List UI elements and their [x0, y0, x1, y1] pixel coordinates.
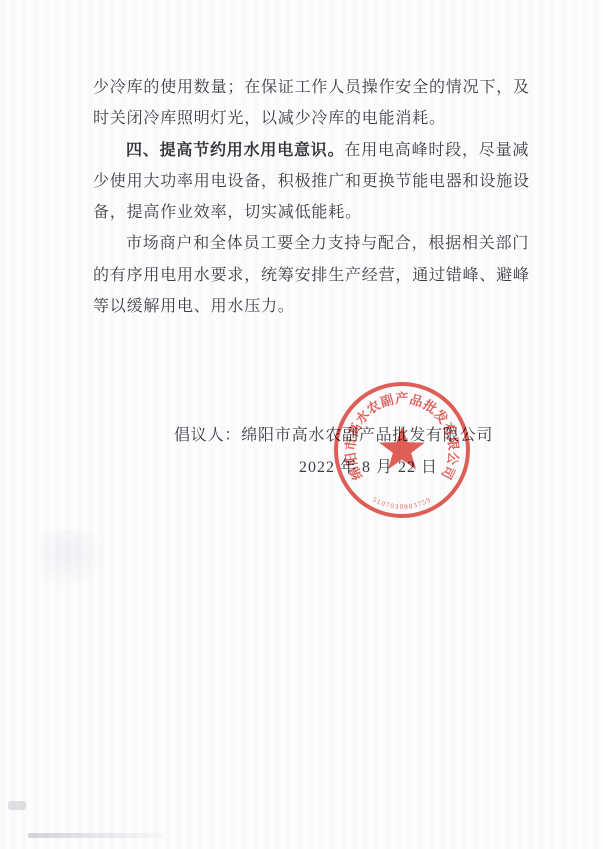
- company-seal-stamp: 绵阳市高水农副产品批发有限公司 5107030803759: [322, 370, 482, 530]
- seal-serial-number: 5107030803759: [371, 496, 433, 511]
- body-line: 少使用大功率用电设备，积极推广和更换节能电器和设施设: [93, 166, 553, 197]
- scan-artifact-streak: [28, 833, 163, 838]
- section-heading-bold: 四、提高节约用水用电意识。: [126, 142, 344, 159]
- section-heading-rest: 在用电高峰时段，尽量减: [344, 142, 529, 159]
- scanned-document-page: 少冷库的使用数量；在保证工作人员操作安全的情况下，及 时关闭冷库照明灯光，以减少…: [0, 0, 603, 849]
- body-line-section-heading: 四、提高节约用水用电意识。在用电高峰时段，尽量减: [93, 135, 553, 166]
- scan-artifact-speckle: [40, 530, 110, 590]
- document-body: 少冷库的使用数量；在保证工作人员操作安全的情况下，及 时关闭冷库照明灯光，以减少…: [93, 72, 553, 322]
- body-line: 少冷库的使用数量；在保证工作人员操作安全的情况下，及: [93, 72, 553, 103]
- body-line: 等以缓解用电、用水压力。: [93, 291, 553, 322]
- body-line: 备，提高作业效率，切实减低能耗。: [93, 197, 553, 228]
- scan-artifact-blob: [8, 801, 26, 810]
- body-line: 市场商户和全体员工要全力支持与配合，根据相关部门: [93, 228, 553, 259]
- body-line: 的有序用电用水要求，统筹安排生产经营，通过错峰、避峰: [93, 260, 553, 291]
- body-line: 时关闭冷库照明灯光，以减少冷库的电能消耗。: [93, 103, 553, 134]
- star-icon: [379, 426, 425, 469]
